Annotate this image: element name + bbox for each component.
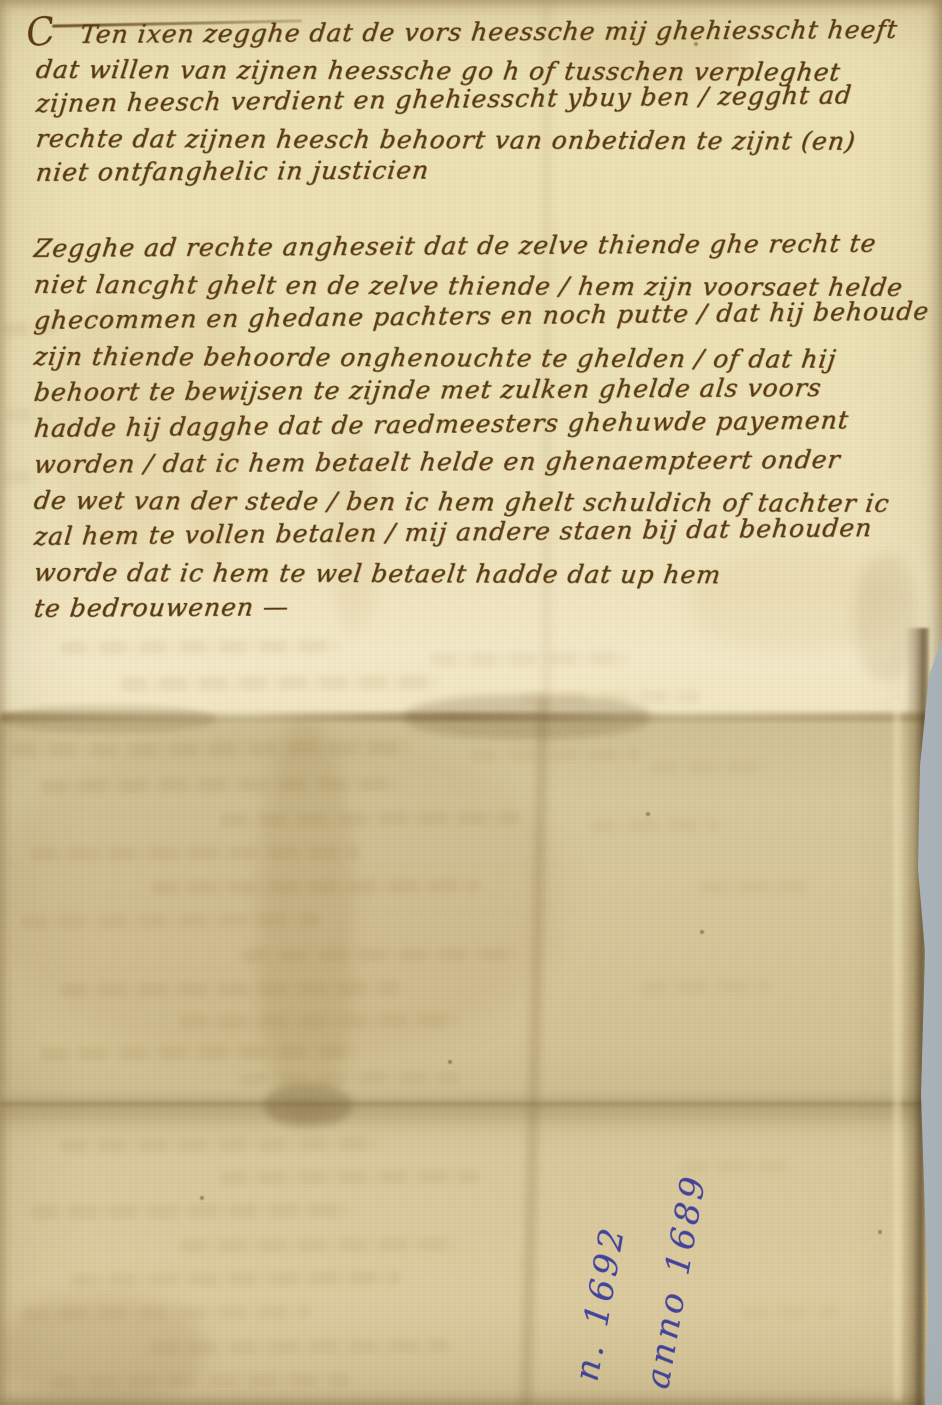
torn-right-edge xyxy=(901,628,929,1405)
manuscript-line: worden / dat ic hem betaelt helde en ghe… xyxy=(32,442,931,483)
manuscript-paper: C Ten ixen zegghe dat de vors heessche m… xyxy=(0,0,942,1405)
manuscript-line: Zegghe ad rechte angheseit dat de zelve … xyxy=(32,226,931,267)
horizontal-fold-crease-2 xyxy=(0,1102,942,1106)
paper-grain-texture xyxy=(0,0,942,1405)
manuscript-line: te bedrouwenen — xyxy=(32,586,931,627)
manuscript-line: Ten ixen zegghe dat de vors heessche mij… xyxy=(78,13,900,53)
manuscript-paragraph-2: Zegghe ad rechte angheseit dat de zelve … xyxy=(34,231,928,627)
manuscript-paragraph-1: Ten ixen zegghe dat de vors heessche mij… xyxy=(36,18,897,191)
horizontal-fold-crease-1 xyxy=(0,712,942,721)
manuscript-line: zijnen heesch verdient en ghehiesscht yb… xyxy=(34,78,899,122)
torn-edge-highlight xyxy=(893,700,901,1400)
manuscript-line: niet ontfanghelic in justicien xyxy=(34,151,900,191)
manuscript-photo: C Ten ixen zegghe dat de vors heessche m… xyxy=(0,0,942,1405)
